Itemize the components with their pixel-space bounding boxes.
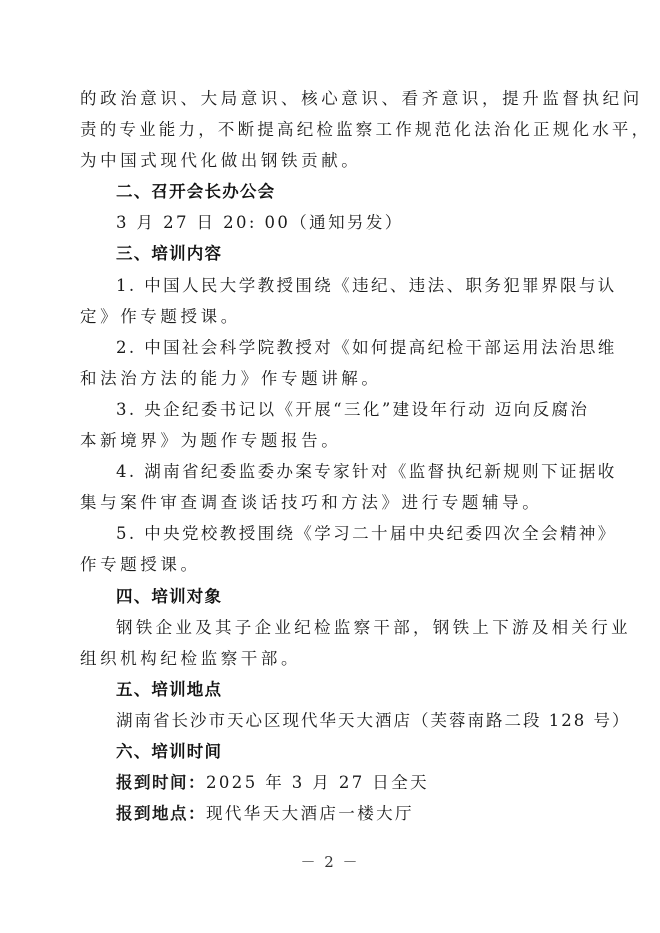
section-3-heading: 三、培训内容 — [80, 238, 586, 269]
training-item-5-line-1: 5. 中央党校教授围绕《学习二十届中央纪委四次全会精神》 — [80, 518, 586, 549]
document-page: 的政治意识、大局意识、核心意识、看齐意识，提升监督执纪问 责的专业能力，不断提高… — [0, 0, 660, 933]
training-item-4-line-2: 集与案件审查调查谈话技巧和方法》进行专题辅导。 — [80, 487, 586, 518]
training-item-5-line-2: 作专题授课。 — [80, 549, 586, 580]
section-5-heading: 五、培训地点 — [80, 674, 586, 705]
section-2-heading: 二、召开会长办公会 — [80, 176, 586, 207]
training-item-1-line-1: 1. 中国人民大学教授围绕《违纪、违法、职务犯罪界限与认 — [80, 270, 586, 301]
section-5-address: 湖南省长沙市天心区现代华天大酒店（芙蓉南路二段 128 号） — [80, 705, 586, 736]
registration-place-value: 现代华天大酒店一楼大厅 — [206, 804, 414, 823]
page-number: － 2 － — [0, 851, 660, 872]
registration-time-value: 2025 年 3 月 27 日全天 — [206, 773, 429, 792]
intro-line-1: 的政治意识、大局意识、核心意识、看齐意识，提升监督执纪问 — [80, 83, 586, 114]
registration-place: 报到地点：现代华天大酒店一楼大厅 — [80, 798, 586, 829]
registration-place-label: 报到地点： — [116, 804, 206, 823]
section-4-line-1: 钢铁企业及其子企业纪检监察干部，钢铁上下游及相关行业 — [80, 612, 586, 643]
intro-line-2: 责的专业能力，不断提高纪检监察工作规范化法治化正规化水平， — [80, 114, 586, 145]
registration-time-label: 报到时间： — [116, 773, 206, 792]
training-item-3-line-2: 本新境界》为题作专题报告。 — [80, 425, 586, 456]
section-6-heading: 六、培训时间 — [80, 736, 586, 767]
section-4-heading: 四、培训对象 — [80, 581, 586, 612]
training-item-2-line-1: 2. 中国社会科学院教授对《如何提高纪检干部运用法治思维 — [80, 332, 586, 363]
document-body: 的政治意识、大局意识、核心意识、看齐意识，提升监督执纪问 责的专业能力，不断提高… — [80, 83, 586, 829]
training-item-3-line-1: 3. 央企纪委书记以《开展“三化”建设年行动 迈向反腐治 — [80, 394, 586, 425]
intro-line-3: 为中国式现代化做出钢铁贡献。 — [80, 145, 586, 176]
registration-time: 报到时间：2025 年 3 月 27 日全天 — [80, 767, 586, 798]
training-item-4-line-1: 4. 湖南省纪委监委办案专家针对《监督执纪新规则下证据收 — [80, 456, 586, 487]
section-4-line-2: 组织机构纪检监察干部。 — [80, 643, 586, 674]
training-item-1-line-2: 定》作专题授课。 — [80, 301, 586, 332]
section-2-text: 3 月 27 日 20: 00（通知另发） — [80, 207, 586, 238]
training-item-2-line-2: 和法治方法的能力》作专题讲解。 — [80, 363, 586, 394]
